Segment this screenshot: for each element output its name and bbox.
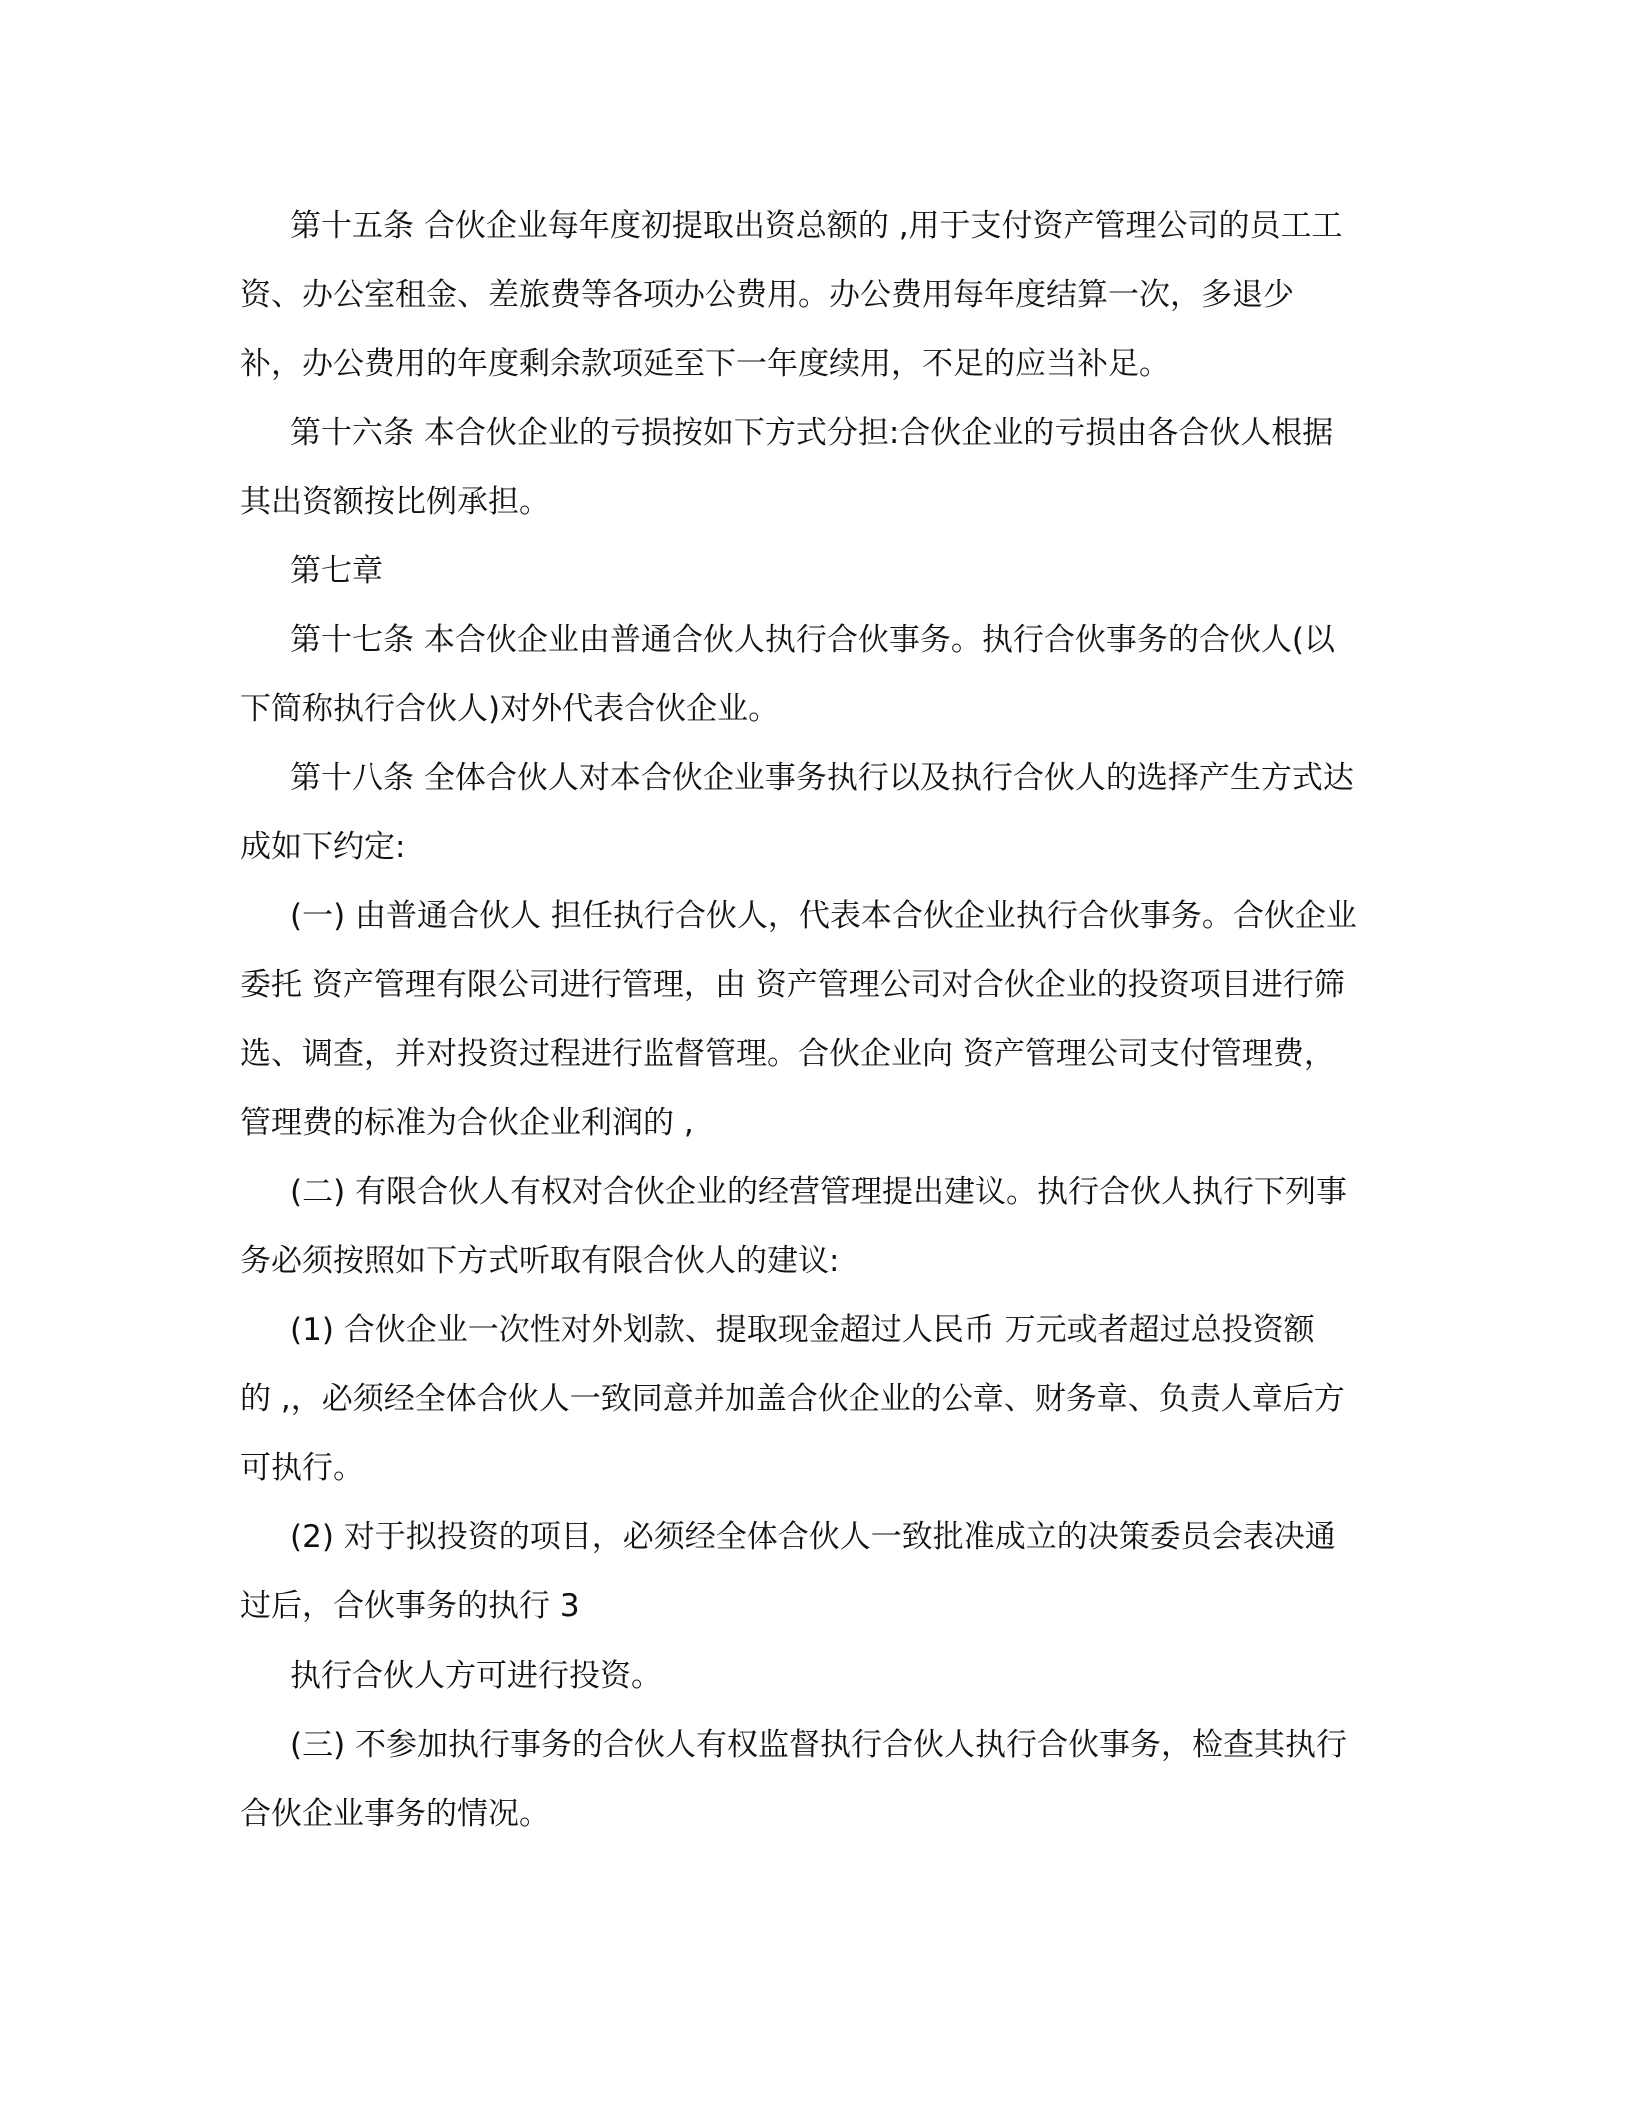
article-18-line-1: 第十八条 全体合伙人对本合伙企业事务执行以及执行合伙人的选择产生方式达	[290, 755, 1354, 801]
article-15-line-3: 补，办公费用的年度剩余款项延至下一年度续用，不足的应当补足。	[240, 341, 1170, 387]
item-2-line-1: (2) 对于拟投资的项目，必须经全体合伙人一致批准成立的决策委员会表决通	[290, 1514, 1336, 1560]
article-18-line-2: 成如下约定:	[240, 824, 405, 870]
clause-3-line-2: 合伙企业事务的情况。	[240, 1791, 550, 1837]
clause-1-line-2: 委托 资产管理有限公司进行管理，由 资产管理公司对合伙企业的投资项目进行筛	[240, 962, 1345, 1008]
clause-1-line-4: 管理费的标准为合伙企业利润的 ,	[240, 1100, 694, 1146]
article-15-line-1: 第十五条 合伙企业每年度初提取出资总额的 ,用于支付资产管理公司的员工工	[290, 203, 1343, 249]
chapter-heading: 第七章	[290, 548, 383, 594]
clause-2-line-1: (二) 有限合伙人有权对合伙企业的经营管理提出建议。执行合伙人执行下列事	[290, 1169, 1347, 1215]
article-17-line-2: 下简称执行合伙人)对外代表合伙企业。	[240, 686, 779, 732]
clause-1-line-3: 选、调查，并对投资过程进行监督管理。合伙企业向 资产管理公司支付管理费，	[240, 1031, 1335, 1077]
clause-2-line-2: 务必须按照如下方式听取有限合伙人的建议:	[240, 1238, 839, 1284]
article-15-line-2: 资、办公室租金、差旅费等各项办公费用。办公费用每年度结算一次，多退少	[240, 272, 1294, 318]
article-16-line-1: 第十六条 本合伙企业的亏损按如下方式分担:合伙企业的亏损由各合伙人根据	[290, 410, 1333, 456]
item-1-line-1: (1) 合伙企业一次性对外划款、提取现金超过人民币 万元或者超过总投资额	[290, 1307, 1315, 1353]
item-2-line-3: 执行合伙人方可进行投资。	[290, 1653, 662, 1699]
clause-1-line-1: (一) 由普通合伙人 担任执行合伙人，代表本合伙企业执行合伙事务。合伙企业	[290, 893, 1357, 939]
clause-3-line-1: (三) 不参加执行事务的合伙人有权监督执行合伙人执行合伙事务，检查其执行	[290, 1722, 1347, 1768]
item-1-line-3: 可执行。	[240, 1445, 364, 1491]
item-1-line-2: 的 ,，必须经全体合伙人一致同意并加盖合伙企业的公章、财务章、负责人章后方	[240, 1376, 1345, 1422]
article-16-line-2: 其出资额按比例承担。	[240, 479, 550, 525]
document-page: 第十五条 合伙企业每年度初提取出资总额的 ,用于支付资产管理公司的员工工 资、办…	[0, 0, 1632, 2112]
item-2-line-2: 过后，合伙事务的执行 3	[240, 1583, 580, 1629]
article-17-line-1: 第十七条 本合伙企业由普通合伙人执行合伙事务。执行合伙事务的合伙人(以	[290, 617, 1335, 663]
